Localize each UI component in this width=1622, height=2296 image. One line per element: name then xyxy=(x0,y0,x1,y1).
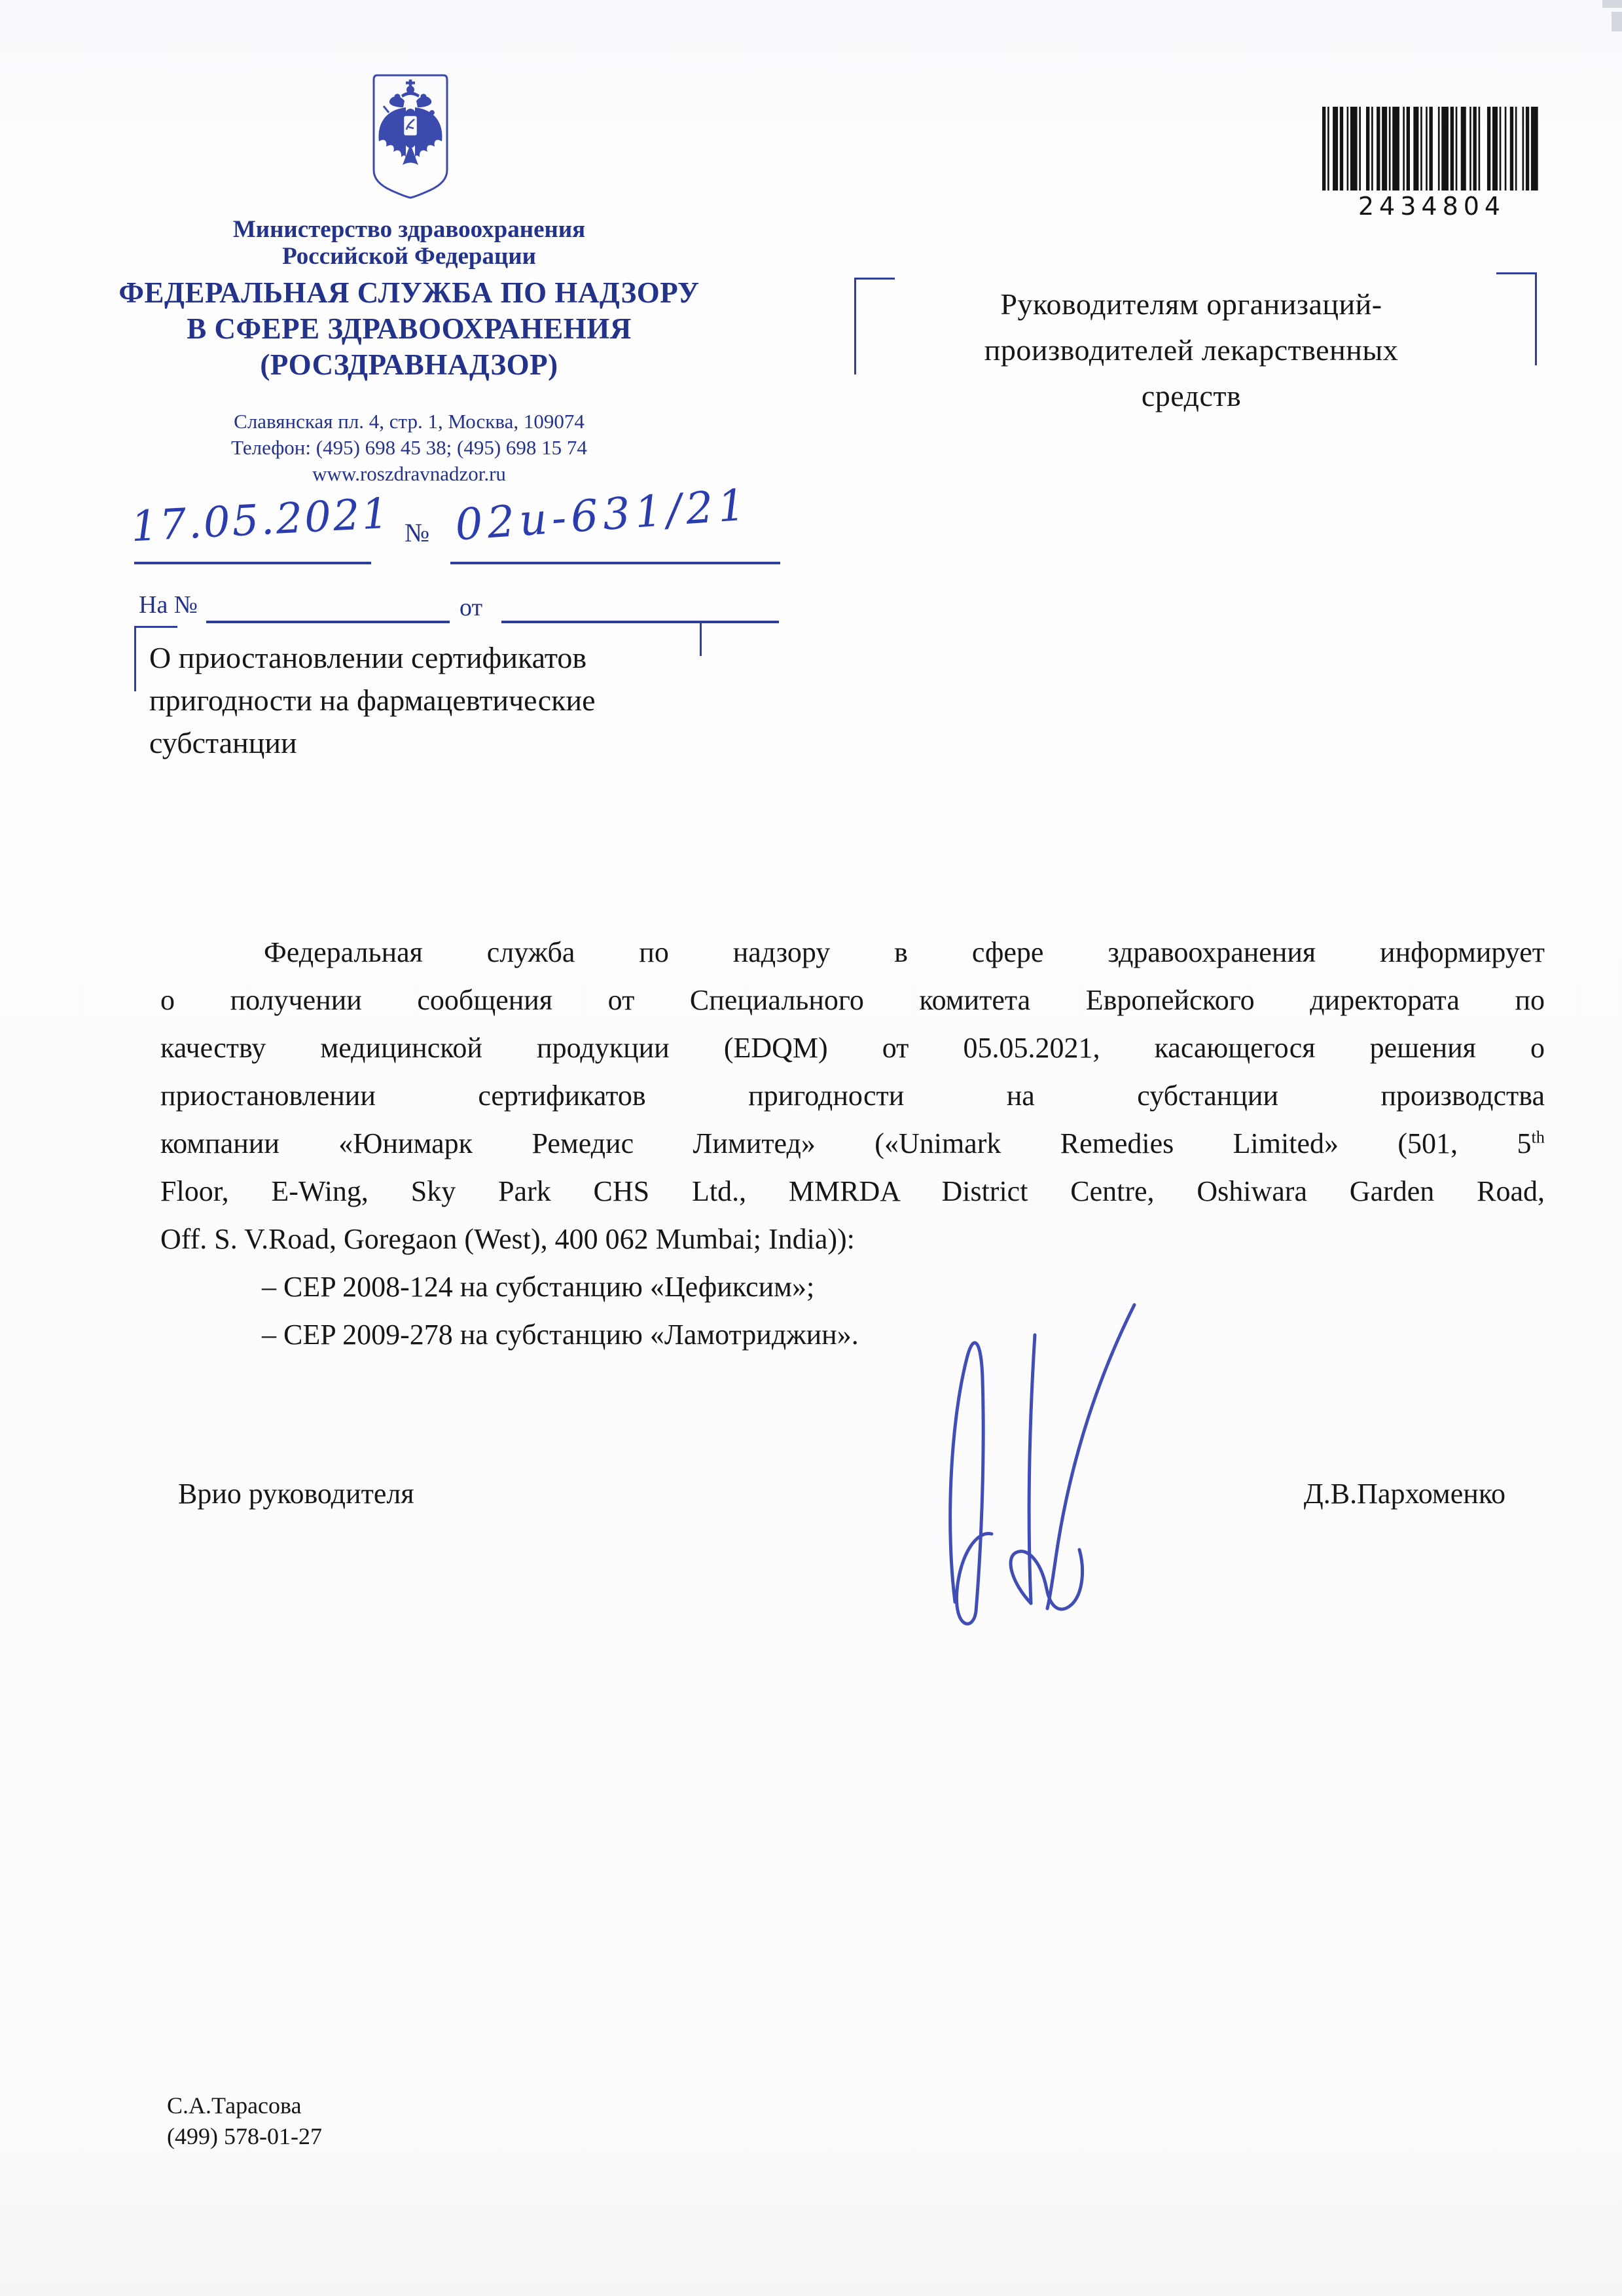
letterhead-contacts: Славянская пл. 4, стр. 1, Москва, 109074… xyxy=(118,409,700,487)
phone-numbers: Телефон: (495) 698 45 38; (495) 698 15 7… xyxy=(118,435,700,461)
barcode: 2434804 xyxy=(1322,107,1541,221)
postal-address: Славянская пл. 4, стр. 1, Москва, 109074 xyxy=(118,409,700,435)
recipient-bracket-right-top xyxy=(1496,272,1537,274)
recipient-bracket-left-side xyxy=(854,278,856,374)
executor-contact: С.А.Тарасова (499) 578-01-27 xyxy=(167,2090,322,2152)
date-underline xyxy=(134,562,371,564)
body-line5-text: компании «Юнимарк Ремедис Лимитед» («Uni… xyxy=(160,1127,1531,1159)
reply-number-underline xyxy=(206,621,450,623)
recipient-bracket-left-top xyxy=(854,278,895,280)
cep-list-item: – CEP 2008-124 на субстанцию «Цефиксим»; xyxy=(160,1263,1545,1311)
executor-name: С.А.Тарасова xyxy=(167,2090,322,2121)
ministry-name: Министерство здравоохранения Российской … xyxy=(118,216,700,270)
recipient-line2: производителей лекарственных xyxy=(877,327,1505,373)
numero-sign: № xyxy=(405,517,429,548)
executor-phone: (499) 578-01-27 xyxy=(167,2121,322,2152)
body-line: Off. S. V.Road, Goregaon (West), 400 062… xyxy=(160,1215,1545,1263)
body-line: приостановлении сертификатов пригодности… xyxy=(160,1072,1545,1120)
letter-body: Федеральная служба по надзору в сфере зд… xyxy=(160,928,1545,1358)
reply-date-underline xyxy=(501,621,779,623)
recipient-block: Руководителям организаций- производителе… xyxy=(877,282,1505,419)
scanned-letter-page: Министерство здравоохранения Российской … xyxy=(0,0,1622,2296)
signer-position: Врио руководителя xyxy=(178,1477,414,1510)
service-line2: В СФЕРЕ ЗДРАВООХРАНЕНИЯ xyxy=(98,311,720,347)
signature-ink xyxy=(913,1300,1175,1637)
service-name: ФЕДЕРАЛЬНАЯ СЛУЖБА ПО НАДЗОРУ В СФЕРЕ ЗД… xyxy=(98,275,720,383)
handwritten-outgoing-number: 02и-631/21 xyxy=(454,479,751,550)
subject-line2: пригодности на фармацевтические xyxy=(149,679,699,721)
subject-bracket-right-top xyxy=(656,621,702,623)
scan-artifact xyxy=(1602,0,1622,8)
ministry-line1: Министерство здравоохранения xyxy=(118,216,700,243)
ordinal-superscript: th xyxy=(1531,1127,1545,1146)
body-line: Федеральная служба по надзору в сфере зд… xyxy=(160,928,1545,976)
reply-to-label: На № xyxy=(139,591,198,619)
body-line: о получении сообщения от Специального ко… xyxy=(160,976,1545,1024)
coat-of-arms-icon xyxy=(372,73,449,199)
handwritten-date: 17.05.2021 xyxy=(130,490,391,552)
body-line: качеству медицинской продукции (EDQM) от… xyxy=(160,1024,1545,1072)
subject-line3: субстанции xyxy=(149,721,699,764)
recipient-line1: Руководителям организаций- xyxy=(877,282,1505,327)
subject-block: О приостановлении сертификатов пригоднос… xyxy=(149,636,699,764)
barcode-number: 2434804 xyxy=(1322,192,1541,221)
subject-bracket-left-side xyxy=(134,626,136,691)
recipient-line3: средств xyxy=(877,373,1505,419)
barcode-bars xyxy=(1322,107,1541,191)
body-line: Floor, E-Wing, Sky Park CHS Ltd., MMRDA … xyxy=(160,1167,1545,1215)
website: www.roszdravnadzor.ru xyxy=(118,461,700,487)
signer-name: Д.В.Пархоменко xyxy=(1231,1477,1505,1510)
ministry-line2: Российской Федерации xyxy=(118,243,700,270)
body-line: компании «Юнимарк Ремедис Лимитед» («Uni… xyxy=(160,1120,1545,1167)
recipient-bracket-right-side xyxy=(1535,272,1537,365)
service-line1: ФЕДЕРАЛЬНАЯ СЛУЖБА ПО НАДЗОРУ xyxy=(98,275,720,311)
scan-artifact xyxy=(1612,12,1622,31)
reply-from-label: от xyxy=(460,593,482,622)
subject-line1: О приостановлении сертификатов xyxy=(149,636,699,679)
service-line3: (РОСЗДРАВНАДЗОР) xyxy=(98,347,720,383)
number-underline xyxy=(450,562,780,564)
cep-list-item: – CEP 2009-278 на субстанцию «Ламотриджи… xyxy=(160,1311,1545,1358)
subject-bracket-left-top xyxy=(134,626,177,628)
subject-bracket-right-side xyxy=(700,621,702,656)
